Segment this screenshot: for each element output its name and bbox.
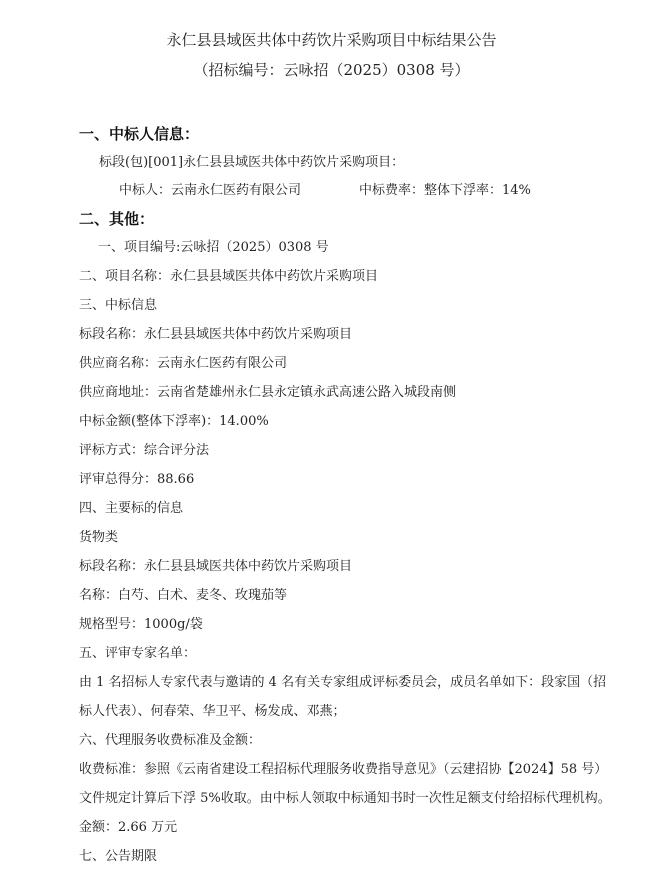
winner-name: 中标人：云南永仁医药有限公司	[119, 183, 301, 198]
expert-list-line-2: 标人代表）、何春荣、华卫平、杨发成、邓燕；	[79, 703, 346, 721]
winner-row: 中标人：云南永仁医药有限公司中标费率：整体下浮率：14%	[119, 182, 531, 200]
section-winner-info-heading: 一、中标人信息：	[79, 125, 199, 143]
fee-standard-line-2: 文件规定计算后下浮 5%收取。由中标人领取中标通知书时一次性足额支付给招标代理机…	[79, 790, 611, 808]
supplier-name: 供应商名称：云南永仁医药有限公司	[79, 355, 287, 373]
expert-list-heading: 五、评审专家名单：	[79, 645, 196, 663]
main-subject-heading: 四、主要标的信息	[79, 500, 183, 518]
award-info-heading: 三、中标信息	[79, 297, 157, 315]
goods-category: 货物类	[79, 529, 118, 547]
fee-standard-line-1: 收费标准：参照《云南省建设工程招标代理服务收费指导意见》（云建招协【2024】5…	[79, 761, 607, 779]
project-number: 一、项目编号:云咏招（2025）0308 号	[98, 239, 329, 257]
notice-period-heading: 七、公告期限	[79, 848, 157, 866]
award-amount: 中标金额(整体下浮率)：14.00%	[79, 413, 269, 431]
total-score: 评审总得分：88.66	[79, 471, 194, 489]
project-name: 二、项目名称：永仁县县域医共体中药饮片采购项目	[79, 268, 378, 286]
supplier-address: 供应商地址：云南省楚雄州永仁县永定镇永武高速公路入城段南侧	[79, 384, 456, 402]
fee-amount: 金额：2.66 万元	[79, 819, 177, 837]
winner-rate: 中标费率：整体下浮率：14%	[359, 183, 531, 198]
fee-heading: 六、代理服务收费标准及金额：	[79, 732, 261, 750]
document-title: 永仁县县域医共体中药饮片采购项目中标结果公告	[0, 31, 663, 49]
subject-lot-name: 标段名称：永仁县县域医共体中药饮片采购项目	[79, 558, 352, 576]
evaluation-method: 评标方式：综合评分法	[79, 442, 209, 460]
document-subtitle: （招标编号：云咏招（2025）0308 号）	[0, 61, 663, 79]
subject-spec: 规格型号：1000g/袋	[79, 616, 203, 634]
lot-label: 标段(包)[001]永仁县县域医共体中药饮片采购项目：	[99, 154, 404, 172]
expert-list-line-1: 由 1 名招标人专家代表与邀请的 4 名有关专家组成评标委员会，成员名单如下：段…	[79, 674, 606, 692]
subject-items: 名称：白芍、白术、麦冬、玫瑰茄等	[79, 587, 287, 605]
lot-name: 标段名称：永仁县县域医共体中药饮片采购项目	[79, 326, 352, 344]
section-other-heading: 二、其他：	[79, 210, 154, 228]
